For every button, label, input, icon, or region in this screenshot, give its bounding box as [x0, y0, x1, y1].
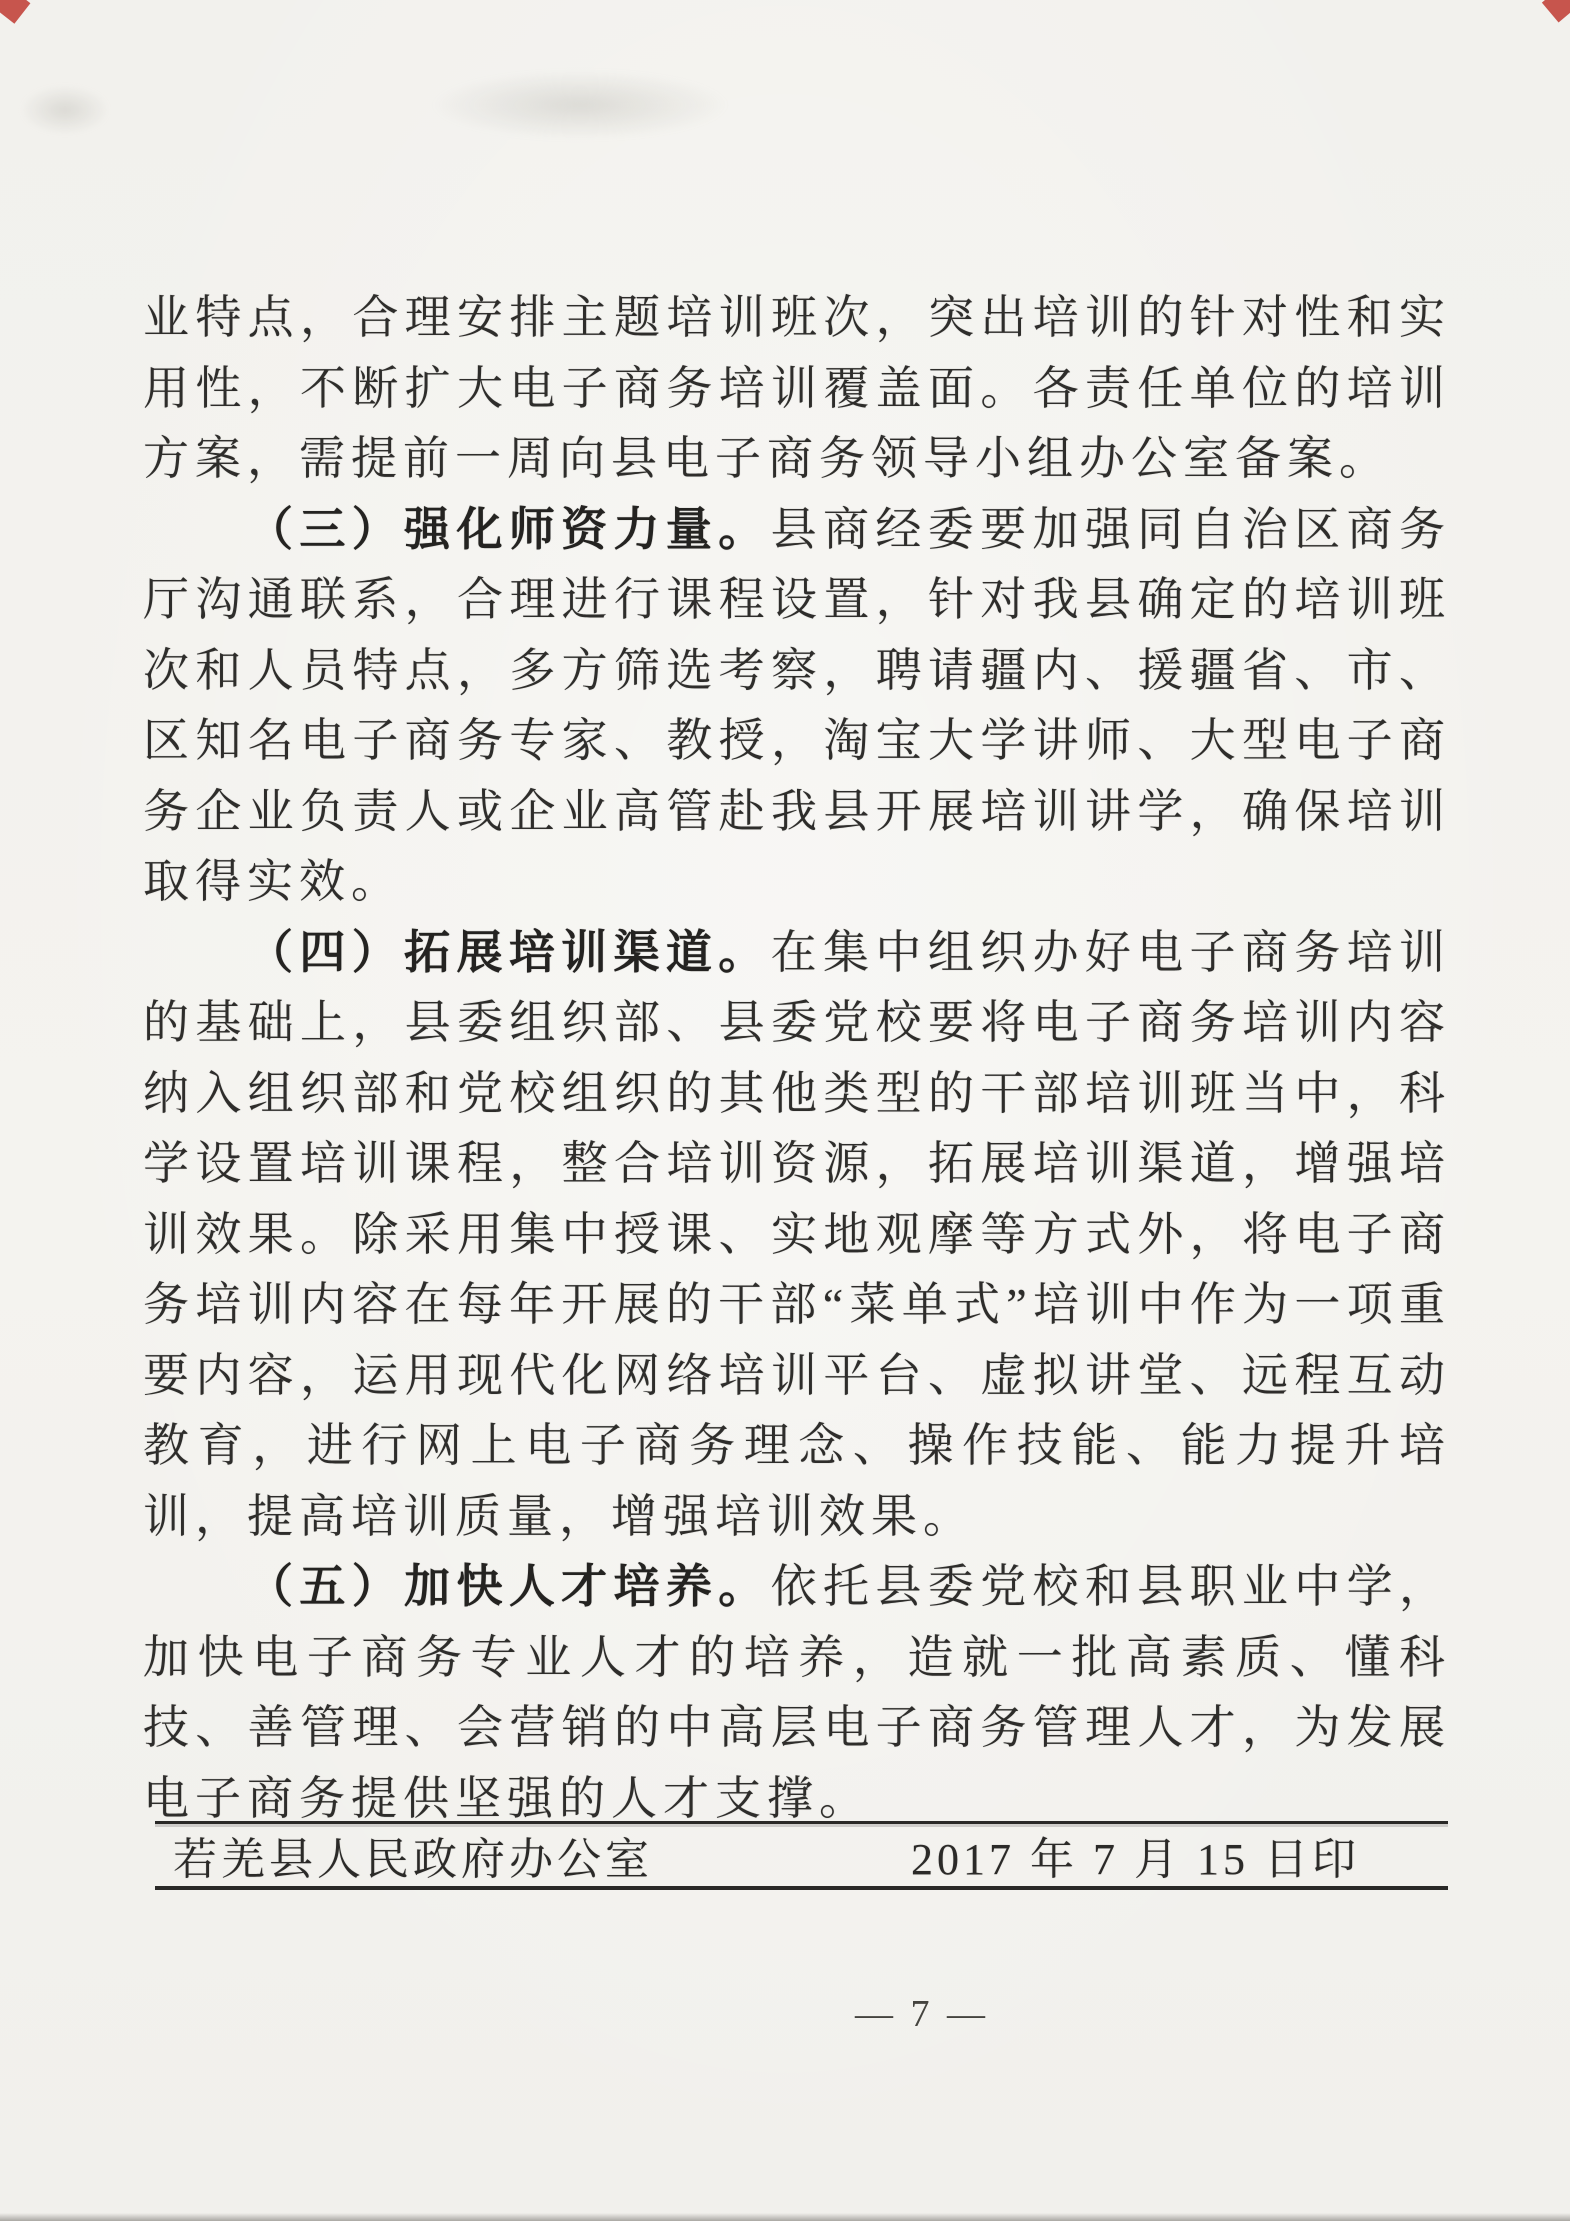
issuing-office: 若羌县人民政府办公室 [173, 1823, 653, 1887]
scanned-document-page: 业特点，合理安排主题培训班次，突出培训的针对性和实用性，不断扩大电子商务培训覆盖… [0, 0, 1570, 2221]
scan-artifact-smudge [20, 85, 110, 135]
scan-artifact-red-corner-left [0, 0, 30, 24]
paragraph-text: 在集中组织办好电子商务培训的基础上，县委组织部、县委党校要将电子商务培训内容纳入… [143, 927, 1451, 1542]
scan-artifact-bottom-edge [0, 2213, 1570, 2221]
paragraph-text: 业特点，合理安排主题培训班次，突出培训的针对性和实用性，不断扩大电子商务培训覆盖… [143, 292, 1451, 484]
page-number: — 7 — [855, 1992, 989, 2036]
paragraph-text: 县商经委要加强同自治区商务厅沟通联系，合理进行课程设置，针对我县确定的培训班次和… [143, 504, 1451, 908]
scan-artifact-red-corner-right [1542, 0, 1570, 23]
paragraph-continued: 业特点，合理安排主题培训班次，突出培训的针对性和实用性，不断扩大电子商务培训覆盖… [143, 283, 1451, 495]
paragraph-item-3: （三）强化师资力量。县商经委要加强同自治区商务厅沟通联系，合理进行课程设置，针对… [143, 495, 1451, 918]
paragraph-item-5: （五）加快人才培养。依托县委党校和县职业中学，加快电子商务专业人才的培养，造就一… [143, 1552, 1451, 1834]
scan-artifact-smudge [430, 70, 730, 140]
paragraph-lead: （三）强化师资力量。 [247, 504, 771, 555]
print-date: 2017 年 7 月 15 日印 [911, 1823, 1360, 1887]
paragraph-lead: （四）拓展培训渠道。 [247, 927, 771, 978]
colophon: 若羌县人民政府办公室 2017 年 7 月 15 日印 [155, 1821, 1448, 1890]
document-body: 业特点，合理安排主题培训班次，突出培训的针对性和实用性，不断扩大电子商务培训覆盖… [143, 283, 1451, 1834]
paragraph-lead: （五）加快人才培养。 [247, 1561, 771, 1612]
paragraph-item-4: （四）拓展培训渠道。在集中组织办好电子商务培训的基础上，县委组织部、县委党校要将… [143, 918, 1451, 1553]
colophon-row: 若羌县人民政府办公室 2017 年 7 月 15 日印 [155, 1824, 1448, 1886]
